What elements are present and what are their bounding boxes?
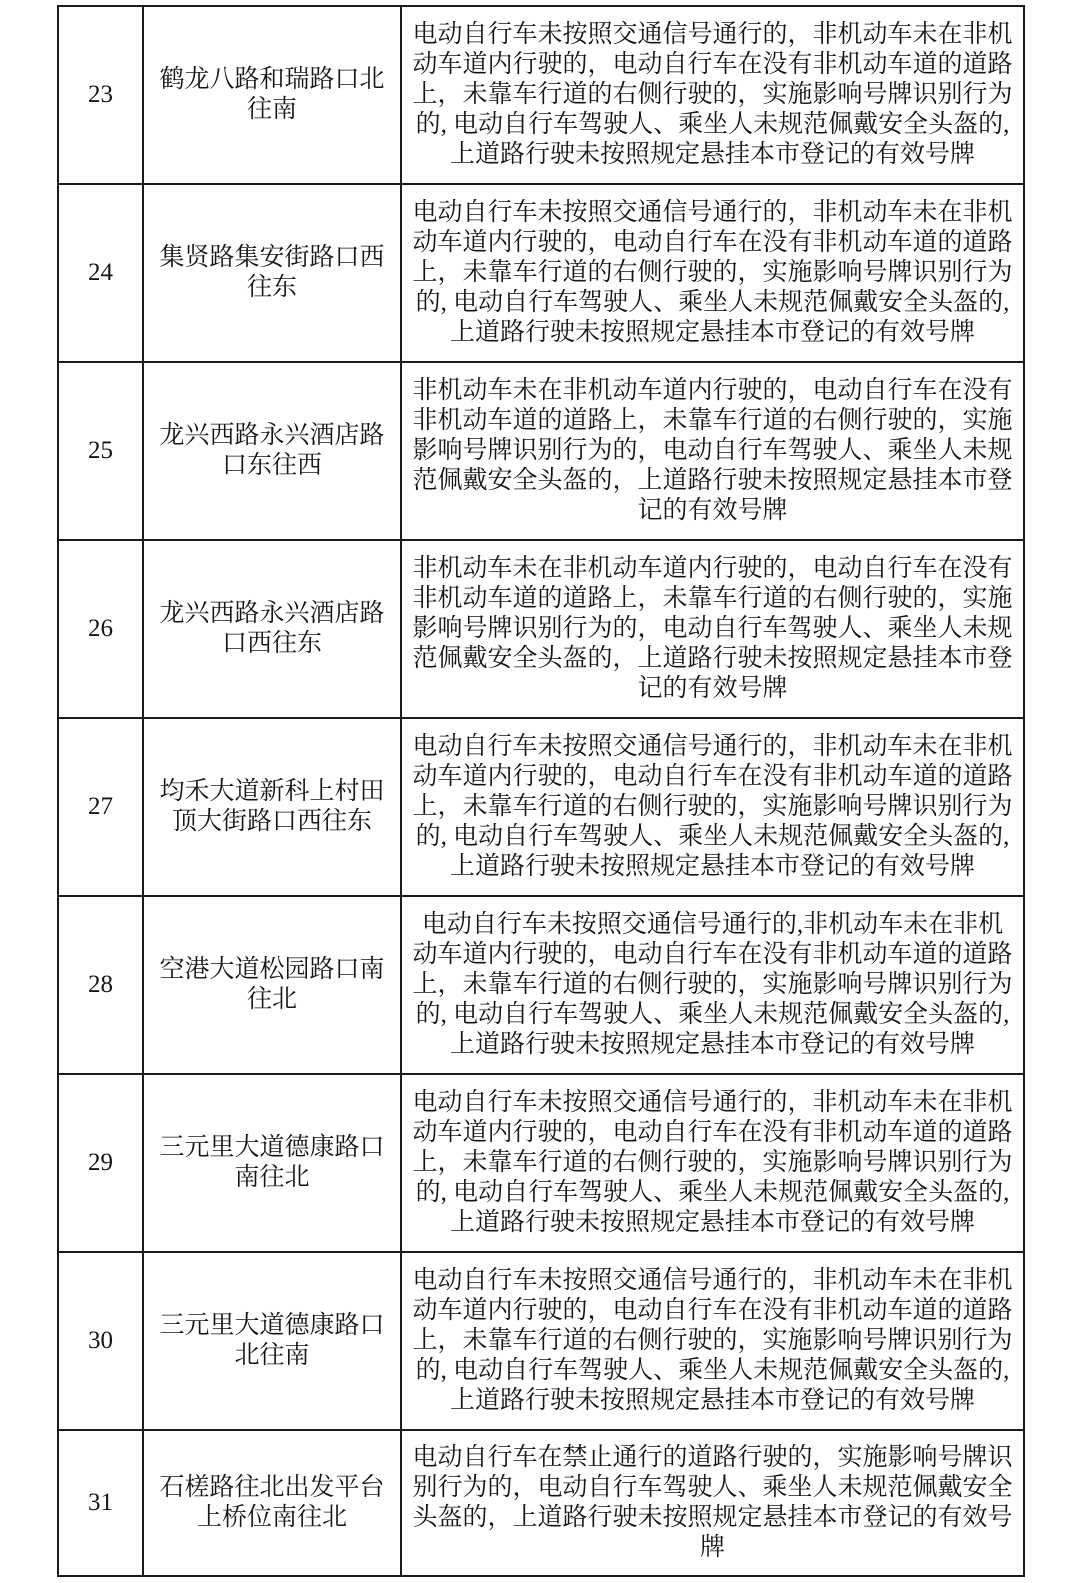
row-number-cell: 24 xyxy=(58,184,143,362)
location-cell: 龙兴西路永兴酒店路口东往西 xyxy=(143,362,401,540)
table-row: 27 均禾大道新科上村田顶大街路口西往东 电动自行车未按照交通信号通行的，非机动… xyxy=(58,718,1024,896)
row-number-cell: 27 xyxy=(58,718,143,896)
table-row: 30 三元里大道德康路口北往南 电动自行车未按照交通信号通行的，非机动车未在非机… xyxy=(58,1252,1024,1430)
document-page: 23 鹤龙八路和瑞路口北往南 电动自行车未按照交通信号通行的，非机动车未在非机动… xyxy=(0,0,1080,1577)
table-row: 24 集贤路集安街路口西往东 电动自行车未按照交通信号通行的，非机动车未在非机动… xyxy=(58,184,1024,362)
row-number-cell: 26 xyxy=(58,540,143,718)
table-row: 23 鹤龙八路和瑞路口北往南 电动自行车未按照交通信号通行的，非机动车未在非机动… xyxy=(58,6,1024,184)
row-number-cell: 23 xyxy=(58,6,143,184)
location-cell: 鹤龙八路和瑞路口北往南 xyxy=(143,6,401,184)
violations-cell: 非机动车未在非机动车道内行驶的，电动自行车在没有非机动车道的道路上，未靠车行道的… xyxy=(401,362,1024,540)
table-row: 31 石槎路往北出发平台上桥位南往北 电动自行车在禁止通行的道路行驶的，实施影响… xyxy=(58,1430,1024,1576)
violations-cell: 电动自行车在禁止通行的道路行驶的，实施影响号牌识别行为的，电动自行车驾驶人、乘坐… xyxy=(401,1430,1024,1576)
row-number-cell: 29 xyxy=(58,1074,143,1252)
row-number-cell: 30 xyxy=(58,1252,143,1430)
location-cell: 空港大道松园路口南往北 xyxy=(143,896,401,1074)
violation-locations-table: 23 鹤龙八路和瑞路口北往南 电动自行车未按照交通信号通行的，非机动车未在非机动… xyxy=(57,5,1025,1577)
violations-cell: 电动自行车未按照交通信号通行的，非机动车未在非机动车道内行驶的，电动自行车在没有… xyxy=(401,1074,1024,1252)
location-cell: 龙兴西路永兴酒店路口西往东 xyxy=(143,540,401,718)
violations-cell: 非机动车未在非机动车道内行驶的，电动自行车在没有非机动车道的道路上，未靠车行道的… xyxy=(401,540,1024,718)
table-row: 29 三元里大道德康路口南往北 电动自行车未按照交通信号通行的，非机动车未在非机… xyxy=(58,1074,1024,1252)
violations-cell: 电动自行车未按照交通信号通行的,非机动车未在非机动车道内行驶的，电动自行车在没有… xyxy=(401,896,1024,1074)
location-cell: 三元里大道德康路口北往南 xyxy=(143,1252,401,1430)
table-row: 26 龙兴西路永兴酒店路口西往东 非机动车未在非机动车道内行驶的，电动自行车在没… xyxy=(58,540,1024,718)
violations-cell: 电动自行车未按照交通信号通行的，非机动车未在非机动车道内行驶的，电动自行车在没有… xyxy=(401,1252,1024,1430)
violations-cell: 电动自行车未按照交通信号通行的，非机动车未在非机动车道内行驶的，电动自行车在没有… xyxy=(401,184,1024,362)
row-number-cell: 31 xyxy=(58,1430,143,1576)
row-number-cell: 25 xyxy=(58,362,143,540)
location-cell: 集贤路集安街路口西往东 xyxy=(143,184,401,362)
table-row: 28 空港大道松园路口南往北 电动自行车未按照交通信号通行的,非机动车未在非机动… xyxy=(58,896,1024,1074)
violations-cell: 电动自行车未按照交通信号通行的，非机动车未在非机动车道内行驶的，电动自行车在没有… xyxy=(401,718,1024,896)
table-row: 25 龙兴西路永兴酒店路口东往西 非机动车未在非机动车道内行驶的，电动自行车在没… xyxy=(58,362,1024,540)
violations-cell: 电动自行车未按照交通信号通行的，非机动车未在非机动车道内行驶的，电动自行车在没有… xyxy=(401,6,1024,184)
location-cell: 三元里大道德康路口南往北 xyxy=(143,1074,401,1252)
location-cell: 石槎路往北出发平台上桥位南往北 xyxy=(143,1430,401,1576)
location-cell: 均禾大道新科上村田顶大街路口西往东 xyxy=(143,718,401,896)
row-number-cell: 28 xyxy=(58,896,143,1074)
